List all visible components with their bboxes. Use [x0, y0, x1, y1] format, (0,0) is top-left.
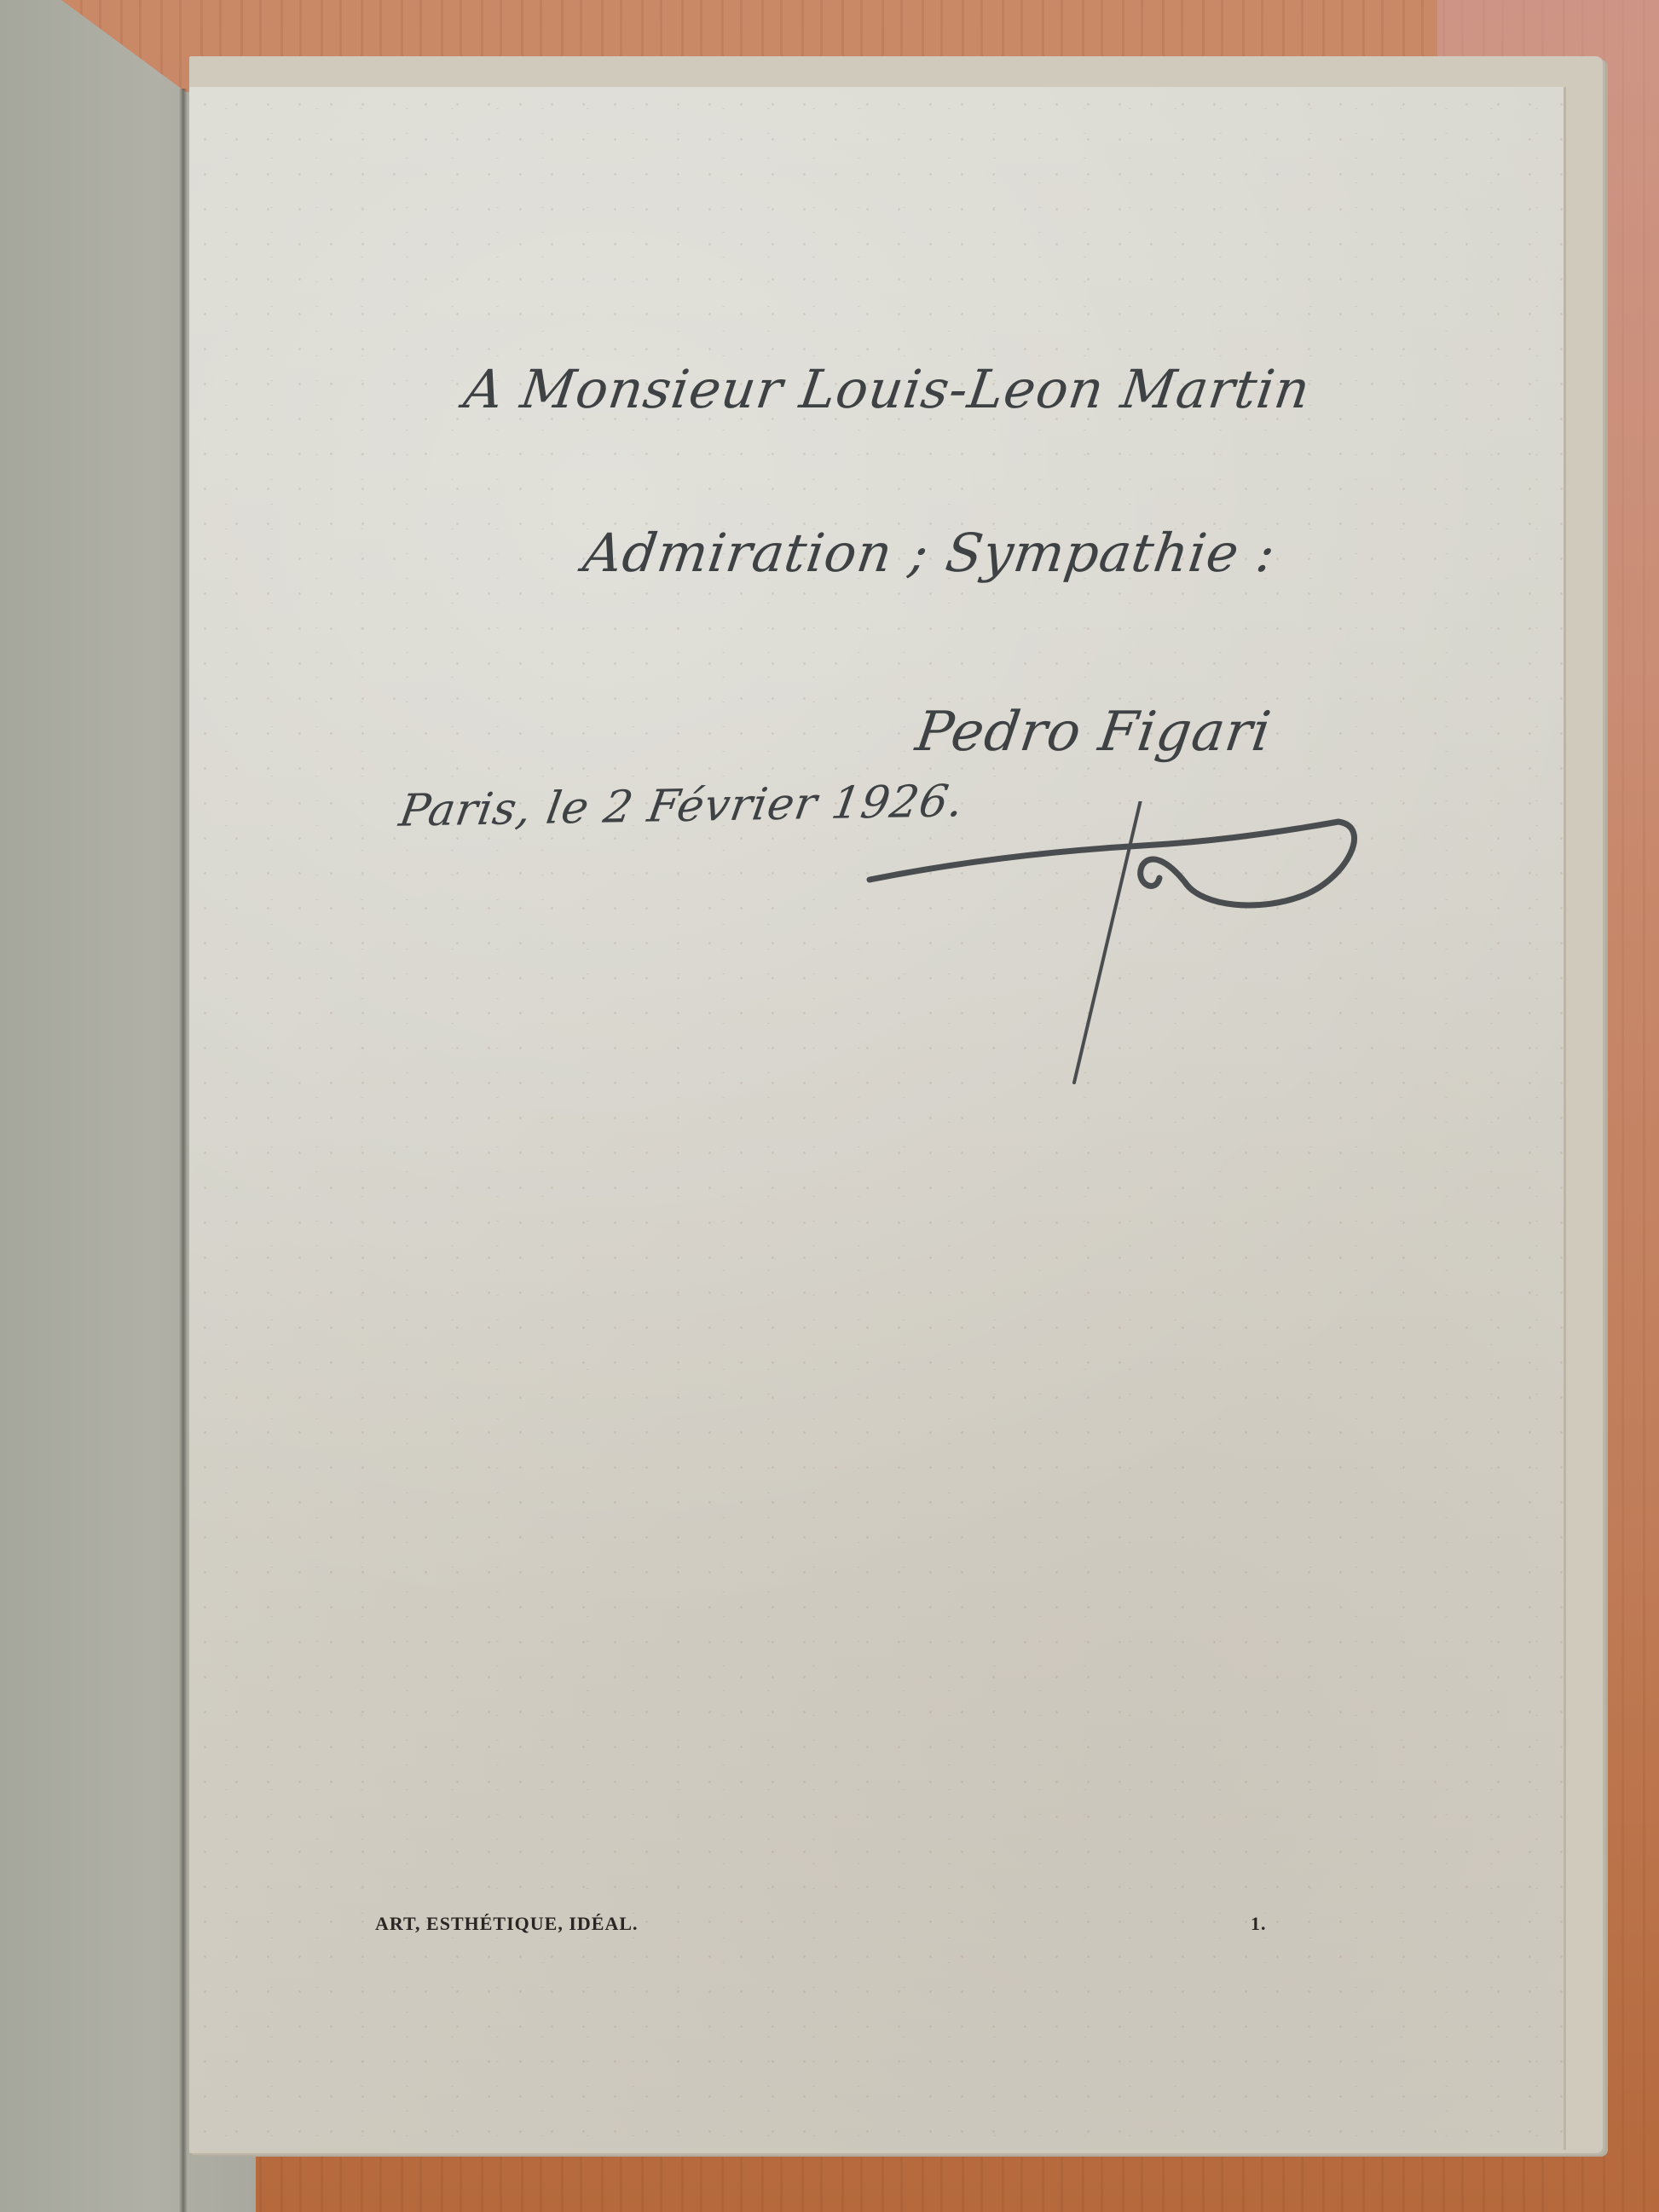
dedication-line-1: A Monsieur Louis-Leon Martin — [460, 358, 1315, 420]
dedication-line-2: Admiration ; Sympathie : — [580, 522, 1280, 584]
page-number: 1. — [1251, 1913, 1267, 1935]
author-signature: Pedro Figari — [912, 701, 1275, 764]
signature-flourish-icon — [861, 801, 1373, 1091]
book-spine-shadow — [179, 89, 188, 2212]
running-title: ART, ESTHÉTIQUE, IDÉAL. — [375, 1913, 639, 1935]
